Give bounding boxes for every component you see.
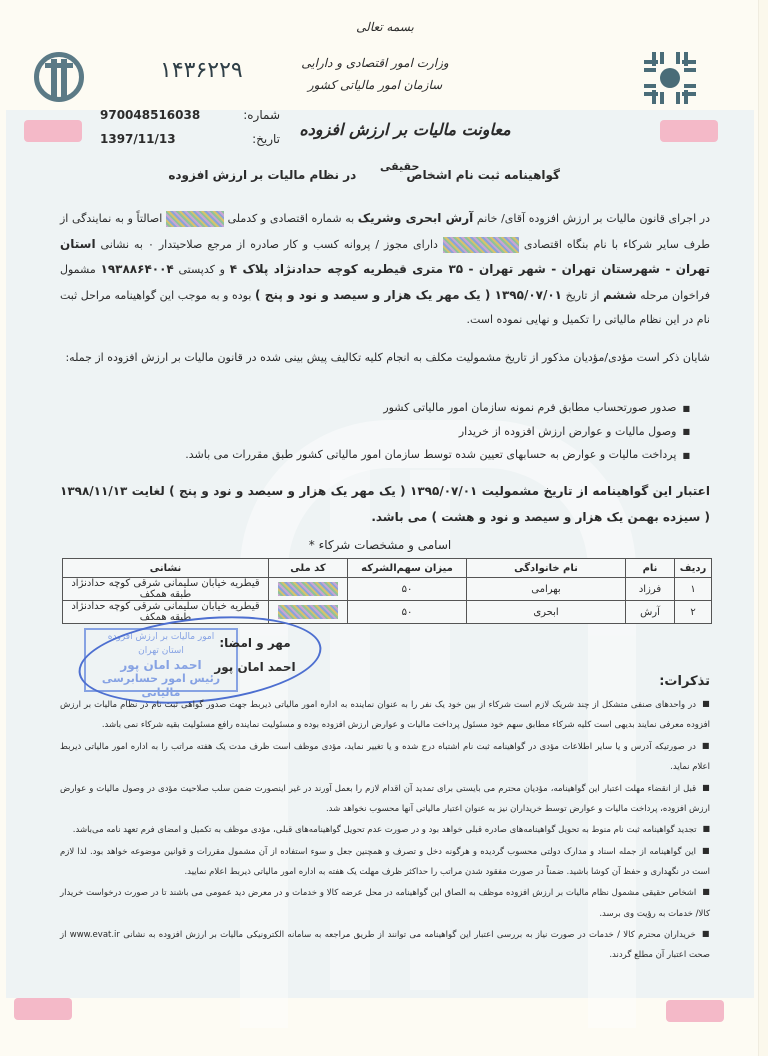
number-value: 970048516038: [100, 108, 200, 122]
cell-share: ۵۰: [348, 601, 467, 624]
cell-share: ۵۰: [348, 578, 467, 601]
partners-table: ردیف نام نام خانوادگی میزان سهم‌الشرکه ک…: [62, 558, 712, 624]
signatory-name: احمد امان پور: [200, 660, 310, 674]
date-label: تاریخ:: [252, 132, 280, 146]
pink-tab: [14, 998, 72, 1020]
duty-item: پرداخت مالیات و عوارض به حسابهای تعیین ش…: [150, 443, 690, 467]
number-label: شماره:: [243, 108, 280, 122]
body-text: و کدپستی: [179, 263, 225, 276]
certificate-title: گواهینامه ثبت نام اشخاص در نظام مالیات ب…: [170, 168, 560, 182]
tax-org-emblem-icon: [644, 52, 696, 104]
start-date: ۱۳۹۵/۰۷/۰۱ ( یک مهر یک هزار و سیصد و نود…: [255, 288, 562, 302]
number-row: شماره: 970048516038: [100, 108, 280, 122]
ministry-name: وزارت امور اقتصادی و دارایی: [290, 52, 460, 74]
page-edge: [758, 0, 768, 1056]
duty-item: صدور صورتحساب مطابق فرم نمونه سازمان امو…: [150, 396, 690, 420]
signature-label: مهر و امضا:: [200, 636, 310, 650]
column-header: ردیف: [675, 559, 712, 578]
cell-address: قیطریه خیابان سلیمانی شرقی کوچه حدادنژاد…: [63, 578, 269, 601]
note-item: خریداران محترم کالا / خدمات در صورت نیاز…: [60, 924, 710, 966]
table-header-row: ردیف نام نام خانوادگی میزان سهم‌الشرکه ک…: [63, 559, 712, 578]
pink-tab: [24, 120, 82, 142]
column-header: نام خانوادگی: [467, 559, 626, 578]
table-row: ۲ آرش ابحری ۵۰ قیطریه خیابان سلیمانی شرق…: [63, 601, 712, 624]
cell-national-id: [269, 578, 348, 601]
cell-first-name: آرش: [626, 601, 675, 624]
column-header: نشانی: [63, 559, 269, 578]
validity-statement: اعتبار این گواهینامه از تاریخ مشمولیت ۱۳…: [60, 478, 710, 530]
note-item: در واحدهای صنفی متشکل از چند شریک لازم ا…: [60, 694, 710, 736]
body-text: از تاریخ: [566, 289, 600, 302]
date-value: 1397/11/13: [100, 132, 176, 146]
column-header: کد ملی: [269, 559, 348, 578]
pink-tab: [666, 1000, 724, 1022]
body-text: در اجرای قانون مالیات بر ارزش افزوده آقا…: [477, 212, 710, 225]
serial-number: ۱۴۳۶۲۲۹: [160, 58, 243, 83]
body-paragraph: در اجرای قانون مالیات بر ارزش افزوده آقا…: [60, 206, 710, 333]
body-text: دارای مجوز / پروانه کسب و کار صادره از م…: [101, 238, 438, 251]
note-item: قبل از انقضاء مهلت اعتبار این گواهینامه،…: [60, 778, 710, 820]
body-text: به شماره اقتصادی و کدملی: [228, 212, 355, 225]
duty-item: وصول مالیات و عوارض ارزش افزوده از خریدا…: [150, 420, 690, 444]
date-row: تاریخ: 1397/11/13: [100, 132, 280, 146]
duties-list: صدور صورتحساب مطابق فرم نمونه سازمان امو…: [150, 396, 690, 467]
cell-first-name: فرزاد: [626, 578, 675, 601]
deputy-title: معاونت مالیات بر ارزش افزوده: [290, 120, 520, 139]
cell-row: ۲: [675, 601, 712, 624]
table-row: ۱ فرزاد بهرامی ۵۰ قیطریه خیابان سلیمانی …: [63, 578, 712, 601]
cell-last-name: بهرامی: [467, 578, 626, 601]
notes-list: در واحدهای صنفی متشکل از چند شریک لازم ا…: [60, 694, 710, 966]
postal-code: ۱۹۳۸۸۶۴۰۰۴: [101, 262, 174, 276]
note-item: این گواهینامه از جمله اسناد و مدارک دولت…: [60, 841, 710, 883]
column-header: میزان سهم‌الشرکه: [348, 559, 467, 578]
taxpayer-name: آرش ابحری وشریک: [358, 211, 473, 225]
cell-last-name: ابحری: [467, 601, 626, 624]
redacted-economic-code: [166, 211, 224, 227]
note-item: تجدید گواهینامه ثبت نام منوط به تحویل گو…: [60, 819, 710, 840]
note-item: اشخاص حقیقی مشمول نظام مالیات بر ارزش اف…: [60, 882, 710, 924]
organization-name: سازمان امور مالیاتی کشور: [290, 74, 460, 96]
redacted-business-name: [443, 237, 519, 253]
basmala: بسمه تعالی: [330, 20, 440, 34]
pink-tab: [660, 120, 718, 142]
column-header: نام: [626, 559, 675, 578]
evat-logo-icon: [34, 52, 84, 102]
note-item: در صورتیکه آدرس و یا سایر اطلاعات مؤدی د…: [60, 736, 710, 778]
obligations-paragraph: شایان ذکر است مؤدی/مؤدیان مذکور از تاریخ…: [60, 346, 710, 371]
cell-row: ۱: [675, 578, 712, 601]
ministry-heading: وزارت امور اقتصادی و دارایی سازمان امور …: [290, 52, 460, 96]
notes-title: تذکرات:: [600, 674, 710, 689]
partners-title: اسامی و مشخصات شرکاء *: [260, 538, 500, 552]
stage: ششم: [603, 288, 636, 302]
redacted-national-id: [278, 605, 338, 619]
redacted-national-id: [278, 582, 338, 596]
